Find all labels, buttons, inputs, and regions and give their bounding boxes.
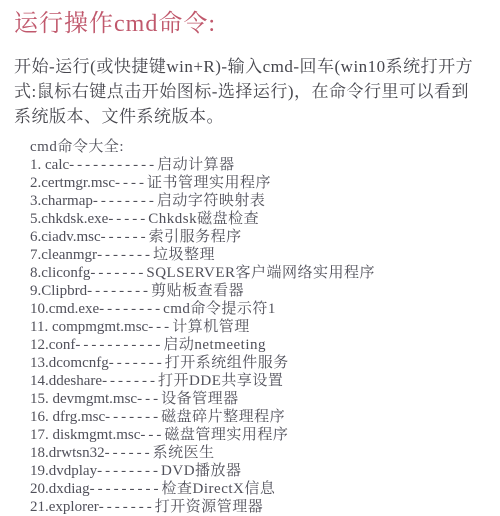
cmd-list: cmd命令大全: 1. calc-----------启动计算器2.certmg… <box>30 138 500 516</box>
cmd-description: 设备管理器 <box>161 391 239 407</box>
cmd-list-header: cmd命令大全: <box>30 138 500 156</box>
intro-line: 式:鼠标右键点击开始图标-选择运行)，在命令行里可以看到 <box>14 79 500 104</box>
cmd-description: 打开DDE共享设置 <box>158 373 283 389</box>
intro-paragraph: 开始-运行(或快捷键win+R)-输入cmd-回车(win10系统打开方 式:鼠… <box>14 54 500 129</box>
dash-separator: ------ <box>105 445 153 461</box>
dash-separator: ------- <box>97 247 153 263</box>
intro-line: 系统版本、文件系统版本。 <box>14 104 500 129</box>
cmd-name: 19.dvdplay <box>30 463 97 479</box>
cmd-list-item: 8.cliconfg-------SQLSERVER客户端网络实用程序 <box>30 264 500 282</box>
cmd-list-item: 18.drwtsn32------系统医生 <box>30 444 500 462</box>
dash-separator: ----------- <box>69 157 157 173</box>
intro-line: 开始-运行(或快捷键win+R)-输入cmd-回车(win10系统打开方 <box>14 54 500 79</box>
dash-separator: -------- <box>93 193 157 209</box>
cmd-list-item: 3.charmap--------启动字符映射表 <box>30 192 500 210</box>
cmd-name: 1. calc <box>30 157 69 173</box>
cmd-description: 索引服务程序 <box>149 229 242 245</box>
cmd-list-item: 14.ddeshare-------打开DDE共享设置 <box>30 372 500 390</box>
cmd-name: 3.charmap <box>30 193 93 209</box>
cmd-description: 启动计算器 <box>157 157 235 173</box>
cmd-name: 6.ciadv.msc <box>30 229 101 245</box>
cmd-name: 5.chkdsk.exe <box>30 211 108 227</box>
cmd-description: 打开资源管理器 <box>155 499 264 515</box>
dash-separator: --------- <box>90 481 162 497</box>
cmd-name: 9.Clipbrd <box>30 283 87 299</box>
cmd-list-item: 9.Clipbrd--------剪贴板查看器 <box>30 282 500 300</box>
cmd-list-item: 5.chkdsk.exe-----Chkdsk磁盘检查 <box>30 210 500 228</box>
cmd-name: 20.dxdiag <box>30 481 90 497</box>
dash-separator: ------- <box>90 265 146 281</box>
cmd-description: Chkdsk磁盘检查 <box>148 211 259 227</box>
cmd-name: 21.explorer <box>30 499 99 515</box>
dash-separator: ------- <box>105 409 161 425</box>
dash-separator: --- <box>137 391 161 407</box>
dash-separator: ------- <box>99 499 155 515</box>
dash-separator: --- <box>140 427 164 443</box>
cmd-name: 17. diskmgmt.msc <box>30 427 140 443</box>
cmd-description: DVD播放器 <box>161 463 242 479</box>
cmd-list-item: 6.ciadv.msc------索引服务程序 <box>30 228 500 246</box>
dash-separator: -------- <box>99 301 163 317</box>
cmd-name: 16. dfrg.msc <box>30 409 105 425</box>
cmd-list-item: 7.cleanmgr-------垃圾整理 <box>30 246 500 264</box>
cmd-name: 7.cleanmgr <box>30 247 97 263</box>
cmd-name: 12.conf <box>30 337 75 353</box>
cmd-name: 18.drwtsn32 <box>30 445 105 461</box>
dash-separator: ------- <box>102 373 158 389</box>
cmd-description: 打开系统组件服务 <box>165 355 289 371</box>
cmd-list-item: 16. dfrg.msc-------磁盘碎片整理程序 <box>30 408 500 426</box>
cmd-description: 磁盘管理实用程序 <box>164 427 288 443</box>
dash-separator: ------ <box>101 229 149 245</box>
dash-separator: -------- <box>87 283 151 299</box>
cmd-description: 启动netmeeting <box>163 337 266 353</box>
cmd-name: 8.cliconfg <box>30 265 90 281</box>
cmd-description: 检查DirectX信息 <box>162 481 276 497</box>
cmd-list-item: 15. devmgmt.msc---设备管理器 <box>30 390 500 408</box>
cmd-name: 15. devmgmt.msc <box>30 391 137 407</box>
cmd-list-rows: 1. calc-----------启动计算器2.certmgr.msc----… <box>30 156 500 516</box>
cmd-list-item: 12.conf-----------启动netmeeting <box>30 336 500 354</box>
cmd-description: cmd命令提示符1 <box>163 301 276 317</box>
cmd-description: 磁盘碎片整理程序 <box>161 409 285 425</box>
dash-separator: ---- <box>115 175 147 191</box>
cmd-description: 证书管理实用程序 <box>147 175 271 191</box>
cmd-list-item: 10.cmd.exe--------cmd命令提示符1 <box>30 300 500 318</box>
cmd-name: 14.ddeshare <box>30 373 102 389</box>
dash-separator: -------- <box>97 463 161 479</box>
cmd-list-item: 17. diskmgmt.msc---磁盘管理实用程序 <box>30 426 500 444</box>
cmd-description: 系统医生 <box>153 445 215 461</box>
dash-separator: ------- <box>109 355 165 371</box>
dash-separator: ----------- <box>75 337 163 353</box>
cmd-description: 启动字符映射表 <box>157 193 266 209</box>
cmd-name: 13.dcomcnfg <box>30 355 109 371</box>
dash-separator: --- <box>148 319 172 335</box>
cmd-description: 剪贴板查看器 <box>151 283 244 299</box>
dash-separator: ----- <box>108 211 148 227</box>
cmd-list-item: 11. compmgmt.msc---计算机管理 <box>30 318 500 336</box>
cmd-description: 垃圾整理 <box>153 247 215 263</box>
article-page: 运行操作cmd命令: 开始-运行(或快捷键win+R)-输入cmd-回车(win… <box>0 0 500 516</box>
cmd-list-item: 21.explorer-------打开资源管理器 <box>30 498 500 516</box>
cmd-list-item: 20.dxdiag---------检查DirectX信息 <box>30 480 500 498</box>
cmd-name: 2.certmgr.msc <box>30 175 115 191</box>
cmd-name: 11. compmgmt.msc <box>30 319 148 335</box>
cmd-list-item: 1. calc-----------启动计算器 <box>30 156 500 174</box>
cmd-list-item: 19.dvdplay--------DVD播放器 <box>30 462 500 480</box>
page-title: 运行操作cmd命令: <box>14 10 500 38</box>
cmd-description: 计算机管理 <box>172 319 250 335</box>
cmd-description: SQLSERVER客户端网络实用程序 <box>146 265 375 281</box>
cmd-name: 10.cmd.exe <box>30 301 99 317</box>
cmd-list-item: 2.certmgr.msc----证书管理实用程序 <box>30 174 500 192</box>
cmd-list-item: 13.dcomcnfg-------打开系统组件服务 <box>30 354 500 372</box>
